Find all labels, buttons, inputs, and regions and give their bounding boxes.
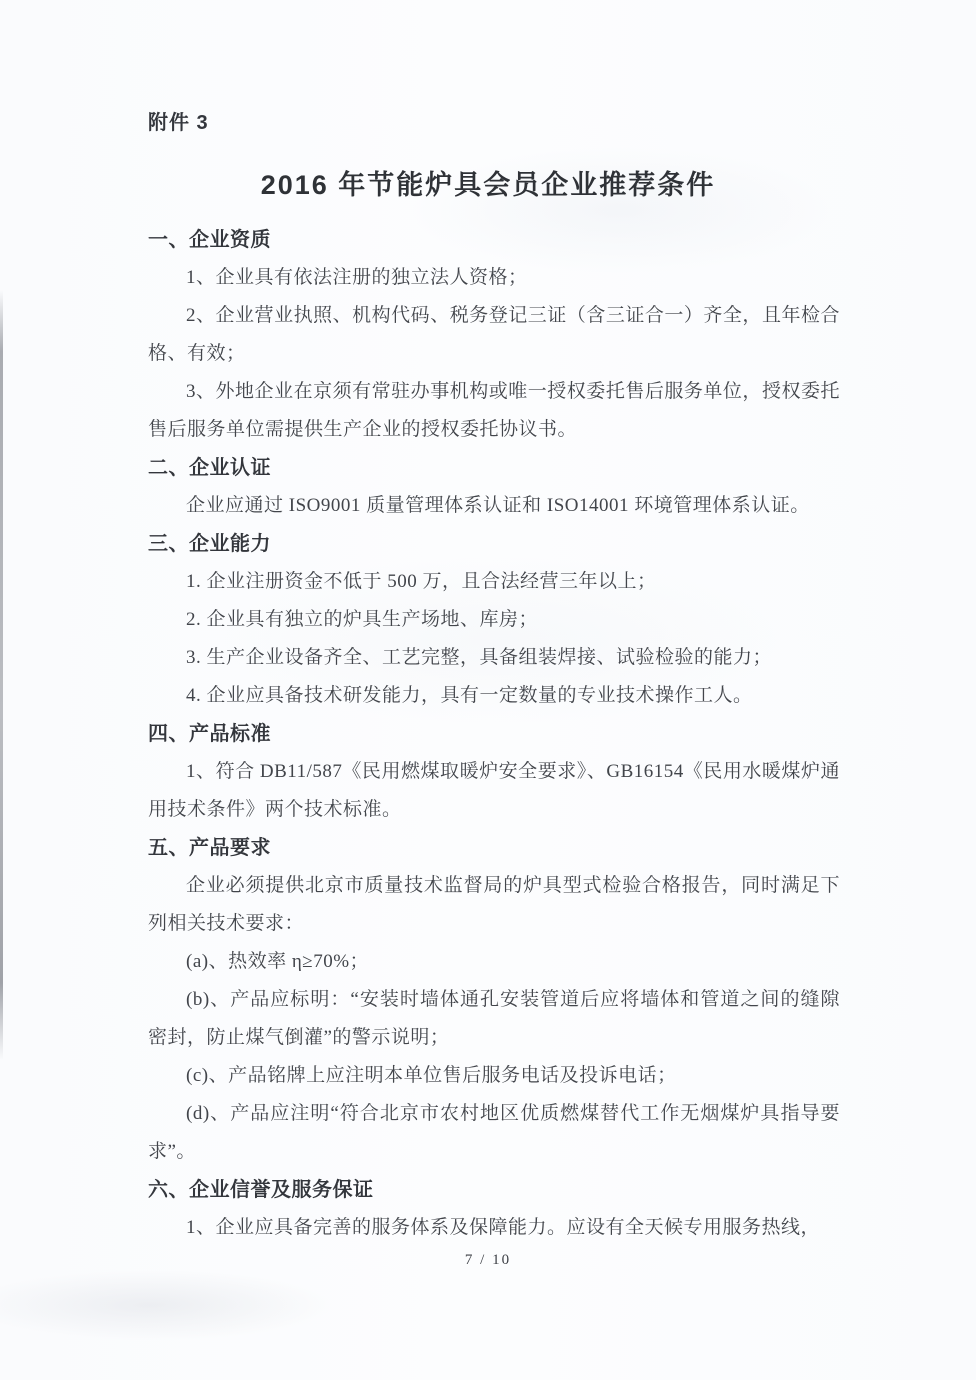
paragraph: 1、符合 DB11/587《民用燃煤取暖炉安全要求》、GB16154《民用水暖煤…	[148, 753, 840, 829]
section-heading: 四、产品标准	[148, 715, 840, 753]
document-title: 2016 年节能炉具会员企业推荐条件	[0, 163, 976, 202]
paragraph: (a)、热效率 η≥70%；	[148, 943, 840, 981]
paragraph: (c)、产品铭牌上应注明本单位售后服务电话及投诉电话；	[148, 1057, 840, 1095]
document-body: 一、企业资质 1、企业具有依法注册的独立法人资格；2、企业营业执照、机构代码、税…	[148, 221, 840, 1247]
document-section: 三、企业能力 1. 企业注册资金不低于 500 万，且合法经营三年以上；2. 企…	[148, 525, 840, 715]
document-section: 五、产品要求 企业必须提供北京市质量技术监督局的炉具型式检验合格报告，同时满足下…	[148, 829, 840, 1171]
section-heading: 三、企业能力	[148, 525, 840, 563]
paragraph: 2. 企业具有独立的炉具生产场地、库房；	[148, 601, 840, 639]
page-number: 7 / 10	[0, 1252, 976, 1269]
paragraph: 1、企业应具备完善的服务体系及保障能力。应设有全天候专用服务热线，	[148, 1209, 840, 1247]
paragraph: (b)、产品应标明：“安装时墙体通孔安装管道后应将墙体和管道之间的缝隙密封，防止…	[148, 981, 840, 1057]
paragraph: 企业应通过 ISO9001 质量管理体系认证和 ISO14001 环境管理体系认…	[148, 487, 840, 525]
paragraph: 4. 企业应具备技术研发能力，具有一定数量的专业技术操作工人。	[148, 677, 840, 715]
document-section: 一、企业资质 1、企业具有依法注册的独立法人资格；2、企业营业执照、机构代码、税…	[148, 221, 840, 449]
section-heading: 一、企业资质	[148, 221, 840, 259]
section-heading: 五、产品要求	[148, 829, 840, 867]
section-heading: 二、企业认证	[148, 449, 840, 487]
paragraph: (d)、产品应注明“符合北京市农村地区优质燃煤替代工作无烟煤炉具指导要求”。	[148, 1095, 840, 1171]
paragraph: 3、外地企业在京须有常驻办事机构或唯一授权委托售后服务单位，授权委托售后服务单位…	[148, 373, 840, 449]
document-section: 四、产品标准 1、符合 DB11/587《民用燃煤取暖炉安全要求》、GB1615…	[148, 715, 840, 829]
paragraph: 3. 生产企业设备齐全、工艺完整，具备组装焊接、试验检验的能力；	[148, 639, 840, 677]
attachment-label: 附件 3	[148, 106, 209, 135]
paragraph: 企业必须提供北京市质量技术监督局的炉具型式检验合格报告，同时满足下列相关技术要求…	[148, 867, 840, 943]
paragraph: 1. 企业注册资金不低于 500 万，且合法经营三年以上；	[148, 563, 840, 601]
paragraph: 1、企业具有依法注册的独立法人资格；	[148, 259, 840, 297]
scan-edge-artifact	[0, 290, 3, 1060]
document-section: 二、企业认证 企业应通过 ISO9001 质量管理体系认证和 ISO14001 …	[148, 449, 840, 525]
document-section: 六、企业信誉及服务保证 1、企业应具备完善的服务体系及保障能力。应设有全天候专用…	[148, 1171, 840, 1247]
section-heading: 六、企业信誉及服务保证	[148, 1171, 840, 1209]
scanned-document-page: 附件 3 2016 年节能炉具会员企业推荐条件 一、企业资质 1、企业具有依法注…	[0, 0, 976, 1380]
paragraph: 2、企业营业执照、机构代码、税务登记三证（含三证合一）齐全，且年检合格、有效；	[148, 297, 840, 373]
